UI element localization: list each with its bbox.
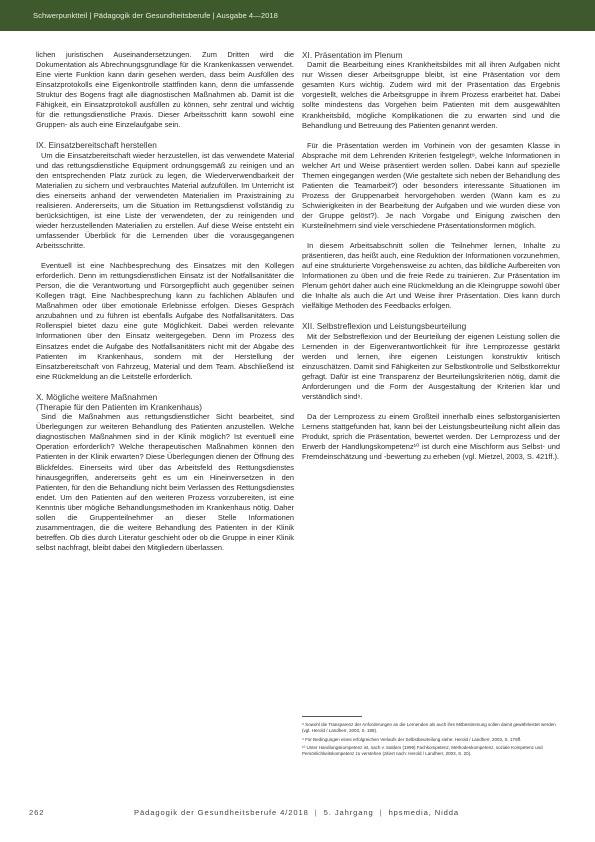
separator: | bbox=[315, 808, 318, 817]
spacer bbox=[302, 402, 560, 412]
section-xi-heading: XI. Präsentation im Plenum bbox=[302, 50, 560, 60]
page-footer: 262 Pädagogik der Gesundheitsberufe 4/20… bbox=[0, 808, 595, 822]
footnote-10: ¹⁰ Unter Handlungskompetenz ist, nach v.… bbox=[302, 745, 560, 757]
section-xi-paragraph-2: Für die Präsentation werden im Vorhinein… bbox=[302, 141, 560, 231]
section-ix-heading: IX. Einsatzbereitschaft herstellen bbox=[36, 140, 294, 150]
spacer bbox=[302, 231, 560, 241]
section-xi-paragraph-3: In diesem Arbeitsabschnitt sollen die Te… bbox=[302, 241, 560, 311]
header-bar: Schwerpunktteil | Pädagogik der Gesundhe… bbox=[0, 0, 595, 31]
section-x-heading: X. Mögliche weitere Maßnahmen bbox=[36, 392, 294, 402]
volume: 5. Jahrgang bbox=[324, 808, 374, 817]
separator: | bbox=[380, 808, 383, 817]
intro-paragraph: lichen juristischen Auseinandersetzungen… bbox=[36, 50, 294, 130]
section-xii-paragraph-1: Mit der Selbstreflexion und der Beurteil… bbox=[302, 332, 560, 402]
section-x-paragraph-1: Sind die Maßnahmen aus rettungsdienstlic… bbox=[36, 412, 294, 553]
spacer bbox=[36, 382, 294, 392]
page-number: 262 bbox=[29, 808, 44, 817]
footnote-divider bbox=[302, 716, 362, 717]
section-x-subheading: (Therapie für den Patienten im Krankenha… bbox=[36, 402, 294, 412]
section-ix-paragraph-1: Um die Einsatzbereitschaft wieder herzus… bbox=[36, 151, 294, 251]
section-xi-paragraph-1: Damit die Bearbeitung eines Krankheitsbi… bbox=[302, 60, 560, 130]
footnote-9: ⁹ Für Bedingungen eines erfolgreichen Ve… bbox=[302, 737, 560, 743]
spacer bbox=[36, 130, 294, 140]
footer-publication-info: Pädagogik der Gesundheitsberufe 4/2018|5… bbox=[134, 808, 459, 817]
section-xii-heading: XII. Selbstreflexion und Leistungsbeurte… bbox=[302, 321, 560, 331]
journal-name: Pädagogik der Gesundheitsberufe 4/2018 bbox=[134, 808, 309, 817]
footnote-8: ⁸ Sowohl die Transparenz der Anforderung… bbox=[302, 722, 560, 734]
spacer bbox=[36, 251, 294, 261]
publisher: hpsmedia, Nidda bbox=[389, 808, 460, 817]
spacer bbox=[302, 131, 560, 141]
right-column: XI. Präsentation im Plenum Damit die Bea… bbox=[302, 50, 560, 462]
left-column: lichen juristischen Auseinandersetzungen… bbox=[36, 50, 294, 553]
running-title: Schwerpunktteil | Pädagogik der Gesundhe… bbox=[33, 11, 278, 20]
section-xii-paragraph-2: Da der Lernprozess zu einem Großteil inn… bbox=[302, 412, 560, 462]
footnotes: ⁸ Sowohl die Transparenz der Anforderung… bbox=[302, 722, 560, 760]
spacer bbox=[302, 311, 560, 321]
section-ix-paragraph-2: Eventuell ist eine Nachbesprechung des E… bbox=[36, 261, 294, 382]
